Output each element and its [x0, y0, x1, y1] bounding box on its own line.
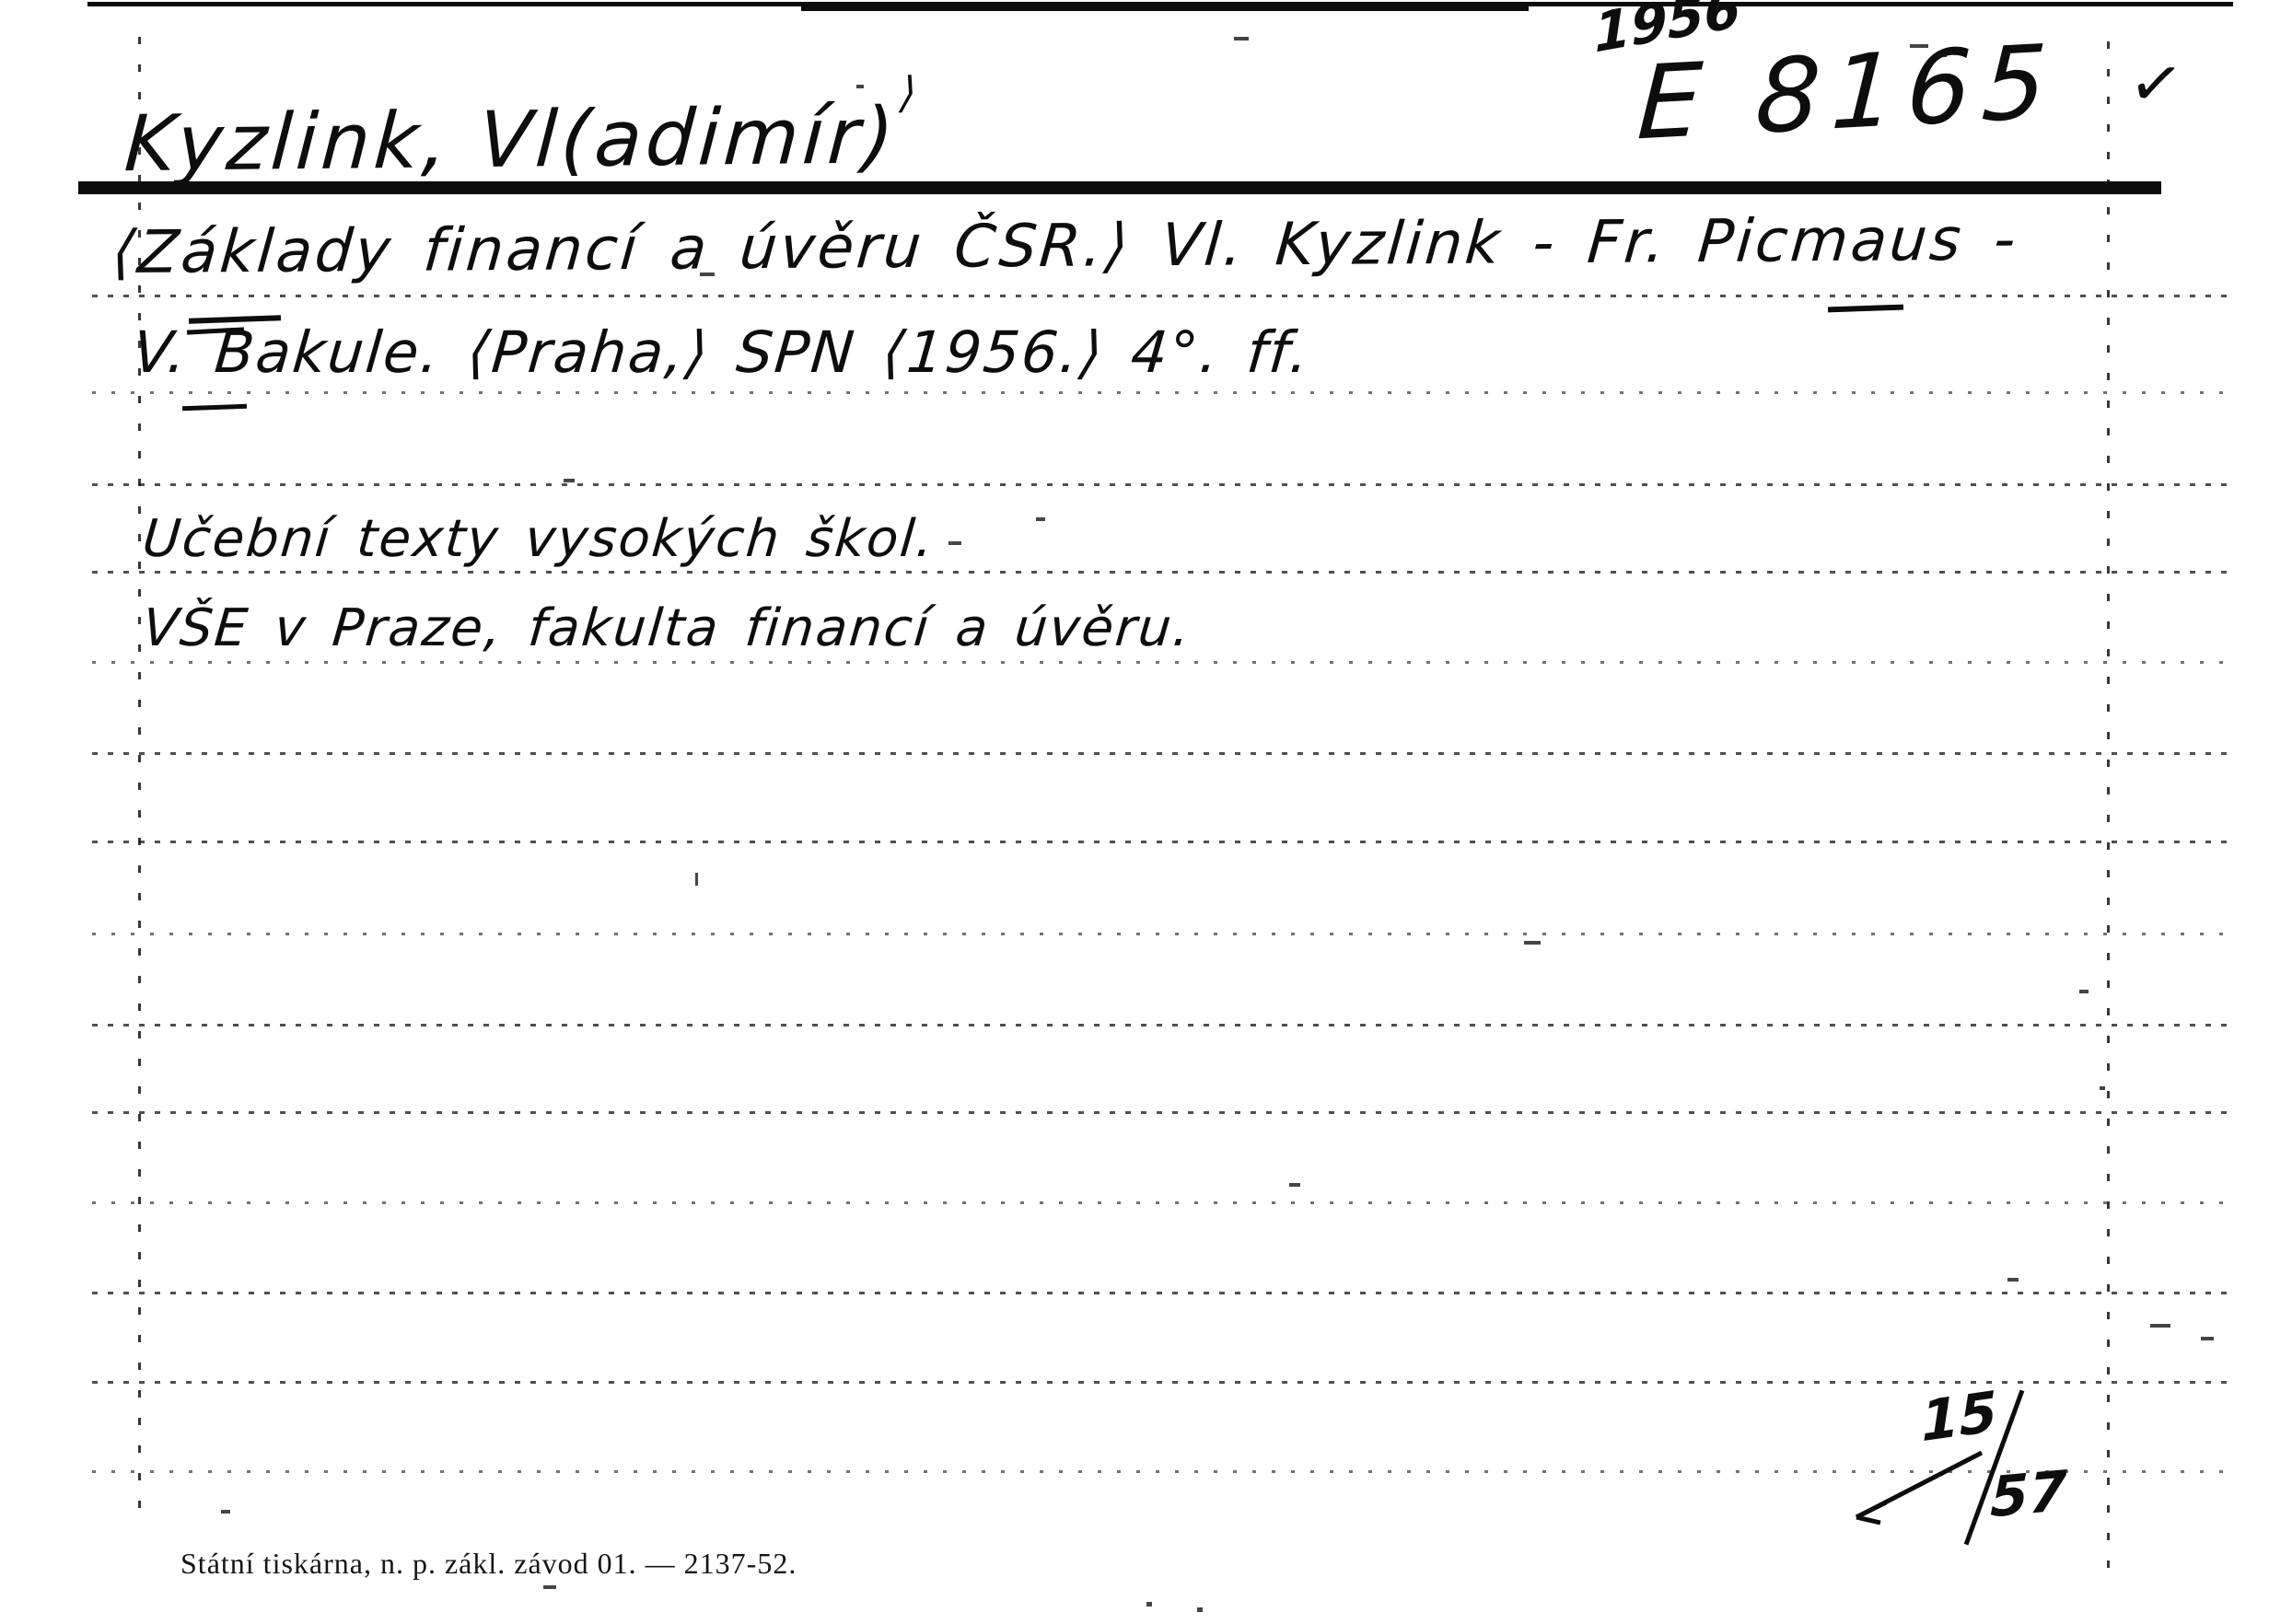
ink-speck: [1910, 44, 1928, 48]
heading-angle-mark: ⟩: [899, 67, 918, 117]
ruled-line: [92, 571, 2228, 574]
ink-speck: [2079, 990, 2089, 993]
title-line-2: V. Bakule. ⟨Praha,⟩ SPN ⟨1956.⟩ 4°. ff.: [131, 319, 1313, 386]
ink-speck: [700, 273, 715, 276]
ink-speck: [2007, 1278, 2019, 1282]
ruled-line: [92, 1470, 2228, 1473]
author-heading-text: Kyzlink, Vl(adimír): [122, 90, 901, 189]
ink-speck: [1524, 941, 1541, 945]
note-line-1: Učební texty vysokých škol.: [140, 509, 937, 569]
underline-picmaus: [1828, 305, 1903, 313]
ruled-line: [92, 1381, 2228, 1384]
author-heading: Kyzlink, Vl(adimír)⟩: [122, 67, 918, 189]
ink-speck: [221, 1510, 230, 1514]
ruled-line: [92, 1292, 2228, 1294]
ink-speck: [1146, 1602, 1152, 1607]
ink-speck: [2150, 1324, 2170, 1328]
imprint: Státní tiskárna, n. p. zákl. závod 01. —…: [180, 1547, 797, 1581]
top-edge-line-thick: [801, 3, 1529, 11]
ink-speck: [1289, 1183, 1300, 1187]
ruled-line: [92, 295, 2228, 297]
ink-speck: [543, 1585, 556, 1589]
ruled-line: [92, 661, 2228, 664]
ruled-line: [92, 1111, 2228, 1114]
ruled-line: [92, 933, 2228, 935]
header-rule: [78, 181, 2161, 194]
ink-speck: [1234, 37, 1249, 41]
right-margin-line: [2107, 41, 2110, 1570]
ink-speck: [2100, 1086, 2105, 1090]
ink-speck: [2201, 1337, 2214, 1340]
ink-speck: [695, 873, 698, 886]
title-line-1: ⟨Základy financí a úvěru ČSR.⟩ Vl. Kyzli…: [110, 206, 2020, 287]
ruled-line: [92, 391, 2228, 394]
ruled-line: [92, 752, 2228, 755]
call-number: E 8165: [1635, 22, 2061, 162]
underline-bakule: [182, 404, 247, 411]
ink-speck: [1036, 517, 1045, 521]
note-line-2: VŠE v Praze, fakulta financí a úvěru.: [140, 598, 1193, 658]
ruled-line: [92, 1201, 2228, 1204]
ruled-line: [92, 1024, 2228, 1027]
ink-speck: [564, 479, 575, 482]
catalog-card: 1956 E 8165 ✓ Kyzlink, Vl(adimír)⟩ ⟨Zákl…: [0, 0, 2269, 1624]
arrow-stroke: [1833, 1444, 1998, 1545]
ink-speck: [856, 85, 864, 88]
ruled-line: [92, 483, 2228, 486]
ruled-line: [92, 841, 2228, 843]
check-mark: ✓: [2124, 42, 2188, 124]
ink-speck: [1197, 1607, 1203, 1612]
ink-speck: [1936, 53, 1947, 57]
ink-speck: [948, 541, 961, 545]
